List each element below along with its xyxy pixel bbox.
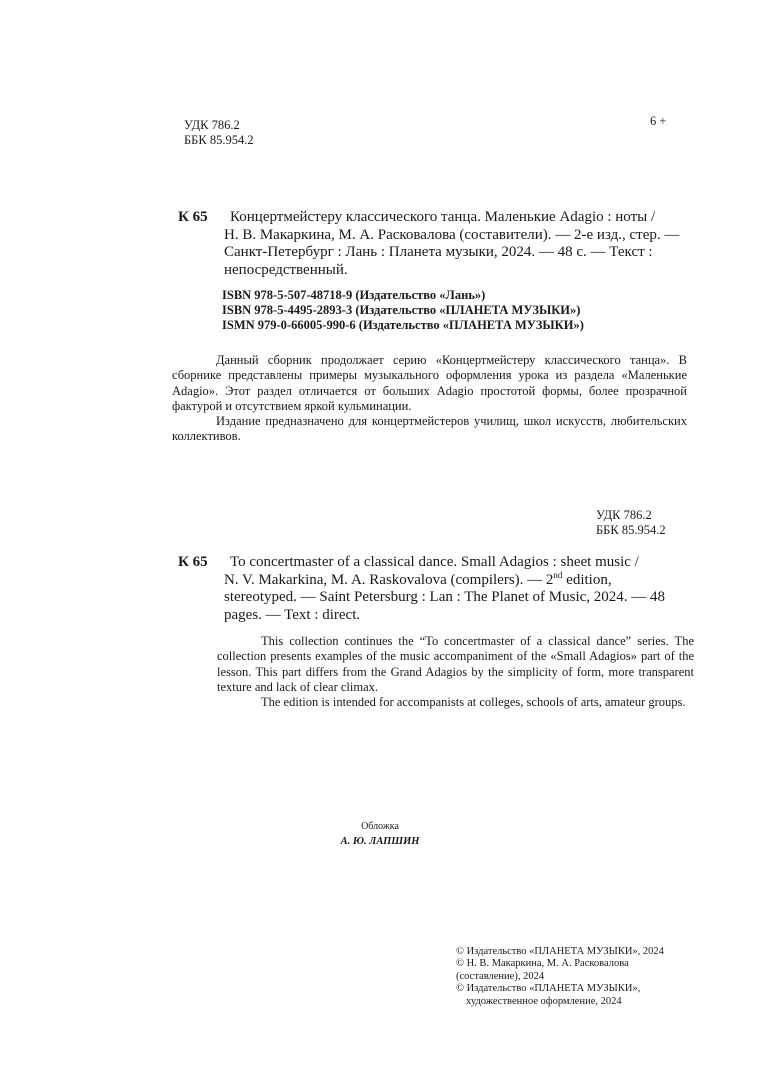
bbk-code: ББК 85.954.2: [184, 133, 254, 148]
bbk-code: ББК 85.954.2: [596, 523, 666, 538]
bibliographic-record-en: К 65 To concertmaster of a classical dan…: [178, 554, 698, 624]
record-line: Н. В. Макаркина, М. А. Расковалова (сост…: [224, 227, 698, 245]
ismn-planet: ISMN 979-0-66005-990-6 (Издательство «ПЛ…: [222, 318, 584, 333]
isbn-lan: ISBN 978-5-507-48718-9 (Издательство «Ла…: [222, 288, 584, 303]
record-line: stereotyped. — Saint Petersburg : Lan : …: [224, 589, 698, 607]
abstract-paragraph: This collection continues the “To concer…: [217, 634, 694, 695]
copyright-line: художественное оформление, 2024: [456, 996, 706, 1008]
cover-artist: А. Ю. ЛАПШИН: [330, 834, 430, 849]
udk-code: УДК 786.2: [596, 508, 666, 523]
record-line: pages. — Text : direct.: [224, 607, 698, 625]
record-line: Концертмейстеру классического танца. Мал…: [224, 209, 698, 227]
record-line: непосредственный.: [224, 262, 698, 280]
record-line: Санкт-Петербург : Лань : Планета музыки,…: [224, 244, 698, 262]
classification-block-en: УДК 786.2 ББК 85.954.2: [596, 508, 666, 538]
record-text: N. V. Makarkina, M. A. Raskovalova (comp…: [224, 572, 553, 588]
copyright-line: (составление), 2024: [456, 971, 706, 983]
isbn-block: ISBN 978-5-507-48718-9 (Издательство «Ла…: [222, 288, 584, 334]
author-sign: К 65: [178, 209, 208, 227]
classification-block-top: УДК 786.2 ББК 85.954.2: [184, 118, 254, 148]
copyright-block: © Издательство «ПЛАНЕТА МУЗЫКИ», 2024 © …: [456, 946, 706, 1008]
record-text: edition,: [562, 572, 611, 588]
age-rating: 6 +: [650, 114, 666, 129]
record-line: To concertmaster of a classical dance. S…: [224, 554, 698, 572]
cover-credit: Обложка А. Ю. ЛАПШИН: [330, 819, 430, 849]
udk-code: УДК 786.2: [184, 118, 254, 133]
abstract-en: This collection continues the “To concer…: [217, 634, 694, 710]
bibliographic-record-ru: К 65 Концертмейстеру классического танца…: [178, 209, 698, 279]
abstract-paragraph: The edition is intended for accompanists…: [217, 695, 694, 710]
author-sign: К 65: [178, 554, 208, 572]
copyright-line: © Издательство «ПЛАНЕТА МУЗЫКИ»,: [456, 983, 706, 995]
copyright-line: © Издательство «ПЛАНЕТА МУЗЫКИ», 2024: [456, 946, 706, 958]
cover-label: Обложка: [330, 819, 430, 834]
abstract-paragraph: Данный сборник продолжает серию «Концерт…: [172, 353, 687, 414]
record-line: N. V. Makarkina, M. A. Raskovalova (comp…: [224, 572, 698, 590]
isbn-planet: ISBN 978-5-4495-2893-3 (Издательство «ПЛ…: [222, 303, 584, 318]
abstract-paragraph: Издание предназначено для концертмейстер…: [172, 414, 687, 445]
copyright-line: © Н. В. Макаркина, М. А. Расковалова: [456, 958, 706, 970]
abstract-ru: Данный сборник продолжает серию «Концерт…: [172, 353, 687, 445]
